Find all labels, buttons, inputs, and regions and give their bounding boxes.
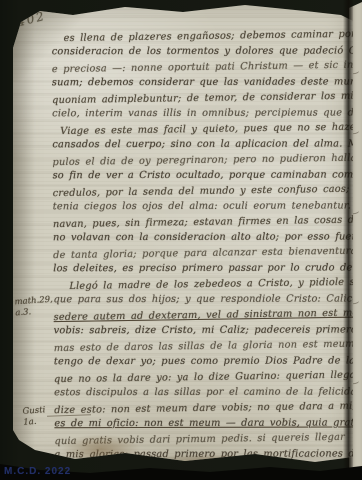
manuscript-line: vobis: sabreis, dize Cristo, mi Caliz; p… [54, 323, 360, 337]
manuscript-text: es llena de plazeres engañosos; debemos … [11, 1, 354, 471]
manuscript-line: cansados del cuerpo; sino con la aplicac… [52, 137, 358, 151]
watermark: M.C.D. 2022 [4, 466, 71, 477]
manuscript-line: no volavan con la consideracion alto alt… [53, 230, 359, 244]
manuscript-line: so fin de ver a Cristo ocultado, porque … [53, 168, 359, 182]
manuscript-line: Viage es este mas facil y quieto, pues q… [60, 121, 362, 139]
manuscript-line: dize esto: non est meum dare vobis; no q… [54, 400, 360, 418]
margin-note-gloss: Gusti 1a. [22, 405, 46, 429]
manuscript-line: consideracion de los tormentos y dolores… [52, 44, 358, 58]
manuscript-line: sedere autem ad dexteram, vel ad sinistr… [53, 307, 359, 325]
manuscript-line: e preciosa —: nonne oportuit pati Christ… [52, 59, 358, 77]
stain [61, 434, 141, 464]
manuscript-line: tengo de dexar yo; pues como premio Dios… [54, 354, 360, 368]
manuscript-line: cielo, interim vanas illis in omnibus; p… [52, 106, 358, 120]
manuscript-line: que para sus dos hijos; y que respondiol… [53, 292, 359, 306]
manuscript-line: navan, pues, sin firmeza; estavan firmes… [53, 214, 359, 232]
manuscript-line: estos discipulos a las sillas por el cam… [54, 385, 360, 399]
manuscript-line: mas esto de daros las sillas de la glori… [54, 338, 360, 356]
manuscript-line: credulos, por la senda del mundo y este … [53, 183, 359, 201]
manuscript-line: pulos el dia de oy peregrinaron; pero no… [52, 152, 358, 170]
stain [143, 454, 273, 466]
manuscript-line: que no os la dare yo: ya lo dize Guarino… [54, 369, 360, 387]
manuscript-line: quoniam adimplebuntur; de temor, de cons… [52, 90, 358, 108]
manuscript-line: Llegó la madre de los zebedeos a Cristo,… [69, 275, 362, 293]
manuscript-line: los deleites, es preciso primero passar … [53, 261, 359, 275]
manuscript-line: suam; debemos considerar que las vanidad… [52, 75, 358, 89]
binding-gutter-shadow [343, 0, 353, 480]
manuscript-line: es de mi oficio: non est meum — dara vob… [54, 416, 360, 430]
margin-note-citation: math.29, a.3. [14, 295, 54, 320]
manuscript-line: tenia ciegos los ojos del alma: oculi eo… [53, 199, 359, 213]
manuscript-page: 402 es llena de plazeres engañosos; debe… [13, 2, 353, 470]
manuscript-scan: 402 es llena de plazeres engañosos; debe… [0, 0, 362, 480]
manuscript-line: de tanta gloria; porque para alcanzar es… [53, 245, 359, 263]
manuscript-line: es llena de plazeres engañosos; debemos … [64, 27, 362, 45]
